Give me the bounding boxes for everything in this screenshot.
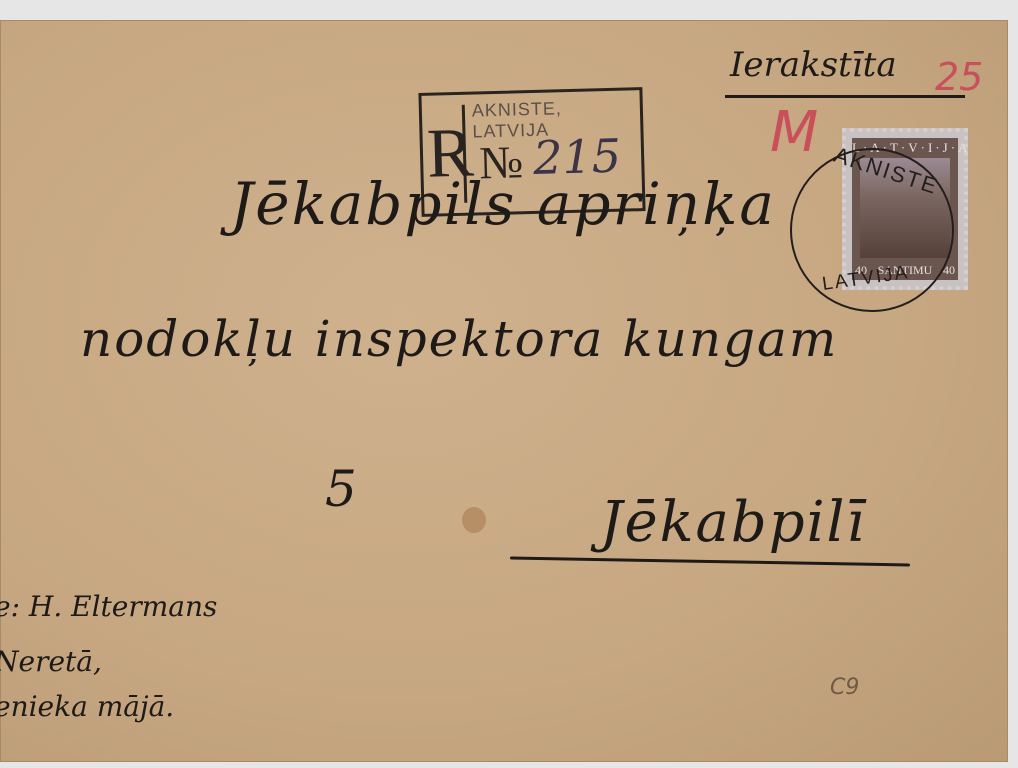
sender-line-2: Neretā, [0,645,102,678]
postmark-country: LATVIJA [821,262,911,296]
address-number: 5 [325,460,357,518]
envelope: R AKNISTE, LATVIJA № 215 Ierakstīta 25 M… [0,20,1008,762]
destination-underline [510,557,910,567]
stain [462,507,486,533]
postmark: AKNISTE LATVIJA [790,148,954,312]
destination: Jēkabpilī [600,490,866,555]
sender-line-3: enieka mājā. [0,690,174,723]
address-line-2: nodokļu inspektora kungam [80,310,838,368]
address-line-1: Jēkabpils apriņķa [230,170,776,238]
red-m-mark: M [770,100,818,165]
pencil-note: C9 [830,675,859,700]
sender-line-1: e: H. Eltermans [0,590,217,623]
note-underline [725,95,965,98]
registered-note: Ierakstīta [730,45,897,85]
red-number-mark: 25 [935,55,983,99]
